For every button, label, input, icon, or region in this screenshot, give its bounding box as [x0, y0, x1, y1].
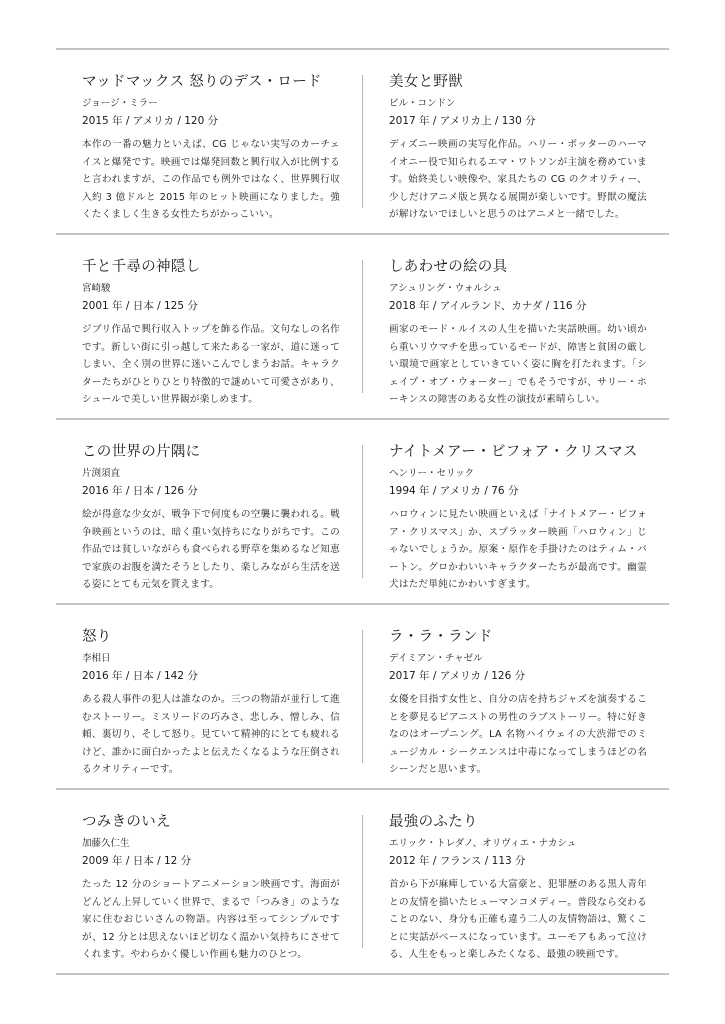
movie-card: 怒り 李相日 2016 年 / 日本 / 142 分 ある殺人事件の犯人は誰なの…: [82, 627, 340, 779]
movie-row: 千と千尋の神隠し 宮崎駿 2001 年 / 日本 / 125 分 ジブリ作品で興…: [56, 235, 669, 420]
movie-row: つみきのいえ 加藤久仁生 2009 年 / 日本 / 12 分 たった 12 分…: [56, 790, 669, 975]
movie-meta: 2015 年 / アメリカ / 120 分: [82, 114, 340, 129]
movie-title: しあわせの絵の具: [389, 257, 647, 277]
movie-meta: 2016 年 / 日本 / 142 分: [82, 669, 340, 684]
column-divider: [362, 815, 363, 948]
movie-meta: 2001 年 / 日本 / 125 分: [82, 299, 340, 314]
movie-title: ナイトメアー・ビフォア・クリスマス: [389, 442, 647, 462]
movie-card: この世界の片隅に 片渕須直 2016 年 / 日本 / 126 分 絵が得意な少…: [82, 442, 340, 594]
movie-title: この世界の片隅に: [82, 442, 340, 462]
movie-row: この世界の片隅に 片渕須直 2016 年 / 日本 / 126 分 絵が得意な少…: [56, 420, 669, 605]
movie-title: 美女と野獣: [389, 72, 647, 92]
movie-director: 加藤久仁生: [82, 837, 340, 851]
movie-card: しあわせの絵の具 アシュリング・ウォルシュ 2018 年 / アイルランド、カナ…: [389, 257, 647, 409]
movie-director: 片渕須直: [82, 467, 340, 481]
movie-row: マッドマックス 怒りのデス・ロード ジョージ・ミラー 2015 年 / アメリカ…: [56, 50, 669, 235]
movie-card: 美女と野獣 ビル・コンドン 2017 年 / アメリカ上 / 130 分 ディズ…: [389, 72, 647, 224]
movie-director: ビル・コンドン: [389, 97, 647, 111]
movie-director: ヘンリー・セリック: [389, 467, 647, 481]
movie-title: マッドマックス 怒りのデス・ロード: [82, 72, 340, 92]
movie-title: 最強のふたり: [389, 812, 647, 832]
movie-meta: 2017 年 / アメリカ上 / 130 分: [389, 114, 647, 129]
movie-card: つみきのいえ 加藤久仁生 2009 年 / 日本 / 12 分 たった 12 分…: [82, 812, 340, 964]
movie-card: 最強のふたり エリック・トレダノ、オリヴィエ・ナカシュ 2012 年 / フラン…: [389, 812, 647, 964]
movie-meta: 2017 年 / アメリカ / 126 分: [389, 669, 647, 684]
movie-description: ある殺人事件の犯人は誰なのか。三つの物語が並行して進むストーリー。ミスリードの巧…: [82, 691, 340, 779]
movie-card: ラ・ラ・ランド デイミアン・チャゼル 2017 年 / アメリカ / 126 分…: [389, 627, 647, 779]
movie-card: 千と千尋の神隠し 宮崎駿 2001 年 / 日本 / 125 分 ジブリ作品で興…: [82, 257, 340, 409]
movie-description: ディズニー映画の実写化作品。ハリー・ポッターのハーマイオニー役で知られるエマ・ワ…: [389, 136, 647, 224]
movie-description: ハロウィンに見たい映画といえば「ナイトメアー・ビフォア・クリスマス」か、スプラッ…: [389, 506, 647, 594]
movie-description: ジブリ作品で興行収入トップを飾る作品。文句なしの名作です。新しい街に引っ越して来…: [82, 321, 340, 409]
movie-title: ラ・ラ・ランド: [389, 627, 647, 647]
movie-description: 絵が得意な少女が、戦争下で何度もの空襲に襲われる。戦争映画というのは、暗く重い気…: [82, 506, 340, 594]
movie-description: たった 12 分のショートアニメーション映画です。海面がどんどん上昇していく世界…: [82, 876, 340, 964]
movie-meta: 2012 年 / フランス / 113 分: [389, 854, 647, 869]
movie-director: 宮崎駿: [82, 282, 340, 296]
movie-meta: 2016 年 / 日本 / 126 分: [82, 484, 340, 499]
column-divider: [362, 445, 363, 578]
movie-director: デイミアン・チャゼル: [389, 652, 647, 666]
movie-title: 怒り: [82, 627, 340, 647]
movie-director: 李相日: [82, 652, 340, 666]
movie-description: 画家のモード・ルイスの人生を描いた実話映画。幼い頃から重いリウマチを患っているモ…: [389, 321, 647, 409]
movie-director: エリック・トレダノ、オリヴィエ・ナカシュ: [389, 837, 647, 851]
movie-card: マッドマックス 怒りのデス・ロード ジョージ・ミラー 2015 年 / アメリカ…: [82, 72, 340, 224]
movie-director: ジョージ・ミラー: [82, 97, 340, 111]
movie-description: 女優を目指す女性と、自分の店を持ちジャズを演奏することを夢見るピアニストの男性の…: [389, 691, 647, 779]
movie-director: アシュリング・ウォルシュ: [389, 282, 647, 296]
movie-card: ナイトメアー・ビフォア・クリスマス ヘンリー・セリック 1994 年 / アメリ…: [389, 442, 647, 594]
column-divider: [362, 260, 363, 393]
movie-title: つみきのいえ: [82, 812, 340, 832]
column-divider: [362, 630, 363, 763]
movie-meta: 2018 年 / アイルランド、カナダ / 116 分: [389, 299, 647, 314]
movie-meta: 1994 年 / アメリカ / 76 分: [389, 484, 647, 499]
column-divider: [362, 75, 363, 208]
movie-title: 千と千尋の神隠し: [82, 257, 340, 277]
movie-meta: 2009 年 / 日本 / 12 分: [82, 854, 340, 869]
movie-description: 首から下が麻痺している大富豪と、犯罪歴のある黒人青年との友情を描いたヒューマンコ…: [389, 876, 647, 964]
movie-row: 怒り 李相日 2016 年 / 日本 / 142 分 ある殺人事件の犯人は誰なの…: [56, 605, 669, 790]
movie-description: 本作の一番の魅力といえば、CG じゃない実写のカーチェイスと爆発です。映画では爆…: [82, 136, 340, 224]
